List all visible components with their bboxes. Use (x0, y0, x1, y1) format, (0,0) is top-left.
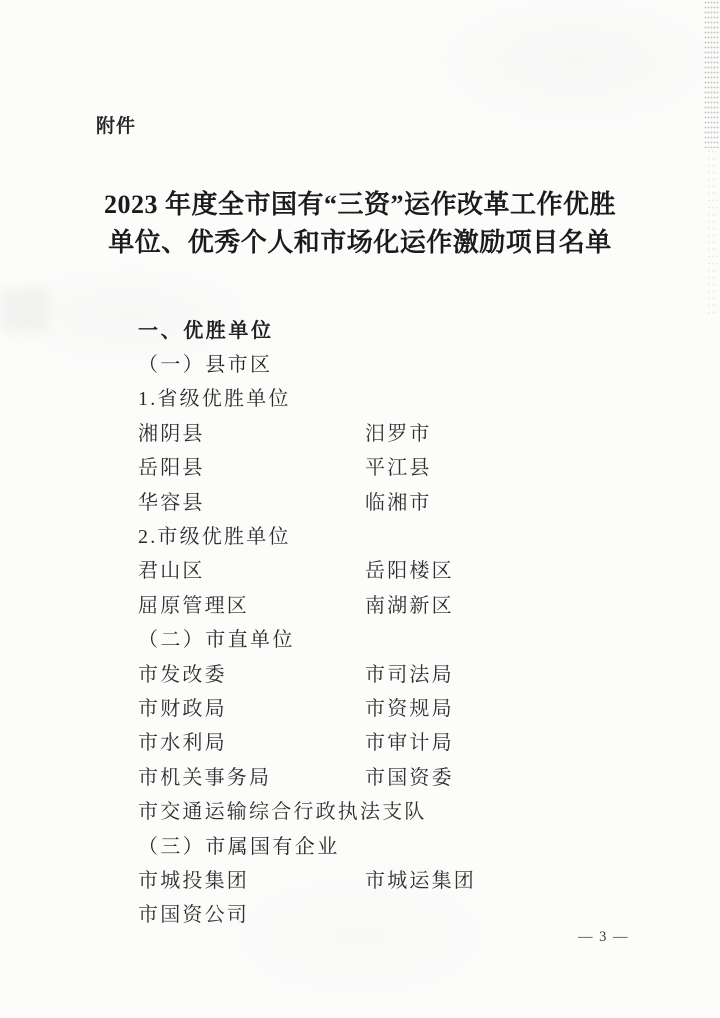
row-col1-text: 市交通运输综合行政执法支队 (138, 795, 427, 824)
subsection-heading: （二）市直单位 (138, 621, 608, 655)
row-col1-text: 市机关事务局 (138, 761, 271, 790)
scan-edge-noise (707, 148, 717, 318)
document-title: 2023 年度全市国有“三资”运作改革工作优胜 单位、优秀个人和市场化运作激励项… (50, 186, 670, 262)
section-heading: 一、优胜单位 (138, 311, 608, 345)
page-number: — 3 — (578, 929, 629, 946)
list-row: 市城投集团市城运集团 (138, 861, 608, 895)
list-row: 华容县临湘市 (138, 483, 608, 517)
row-text: （一）县市区 (138, 348, 272, 377)
row-col1-text: 市财政局 (138, 692, 227, 721)
row-col1-text: 岳阳县 (138, 451, 205, 480)
list-row: 岳阳县平江县 (138, 449, 608, 483)
attachment-label: 附件 (96, 111, 136, 138)
row-col2-text: 临湘市 (365, 486, 432, 515)
row-col2-text: 市城运集团 (365, 864, 476, 893)
list-row: 屈原管理区南湖新区 (138, 586, 608, 620)
scanned-document-page: 附件 2023 年度全市国有“三资”运作改革工作优胜 单位、优秀个人和市场化运作… (0, 0, 720, 1018)
row-col2-text: 平江县 (365, 451, 432, 480)
row-col1-text: 市城投集团 (138, 864, 249, 893)
row-col1-text: 君山区 (138, 554, 205, 583)
row-col2-text: 南湖新区 (365, 589, 454, 618)
row-col2-text: 汨罗市 (365, 417, 432, 446)
sub-subheading: 2.市级优胜单位 (138, 517, 608, 551)
row-col1-text: 屈原管理区 (138, 589, 249, 618)
list-row: 市发改委市司法局 (138, 655, 608, 689)
row-text: （二）市直单位 (138, 623, 295, 652)
row-col2-text: 市审计局 (365, 726, 454, 755)
row-col1-text: 湘阴县 (138, 417, 205, 446)
row-col2-text: 市资规局 (365, 692, 454, 721)
row-col2-text: 市司法局 (365, 658, 454, 687)
row-col1-text: 市水利局 (138, 726, 227, 755)
list-row: 市国资公司 (138, 896, 608, 930)
list-row: 湘阴县汨罗市 (138, 414, 608, 448)
row-col1-text: 华容县 (138, 486, 205, 515)
list-row: 市机关事务局市国资委 (138, 758, 608, 792)
row-col1-text: 市发改委 (138, 658, 227, 687)
document-body: 一、优胜单位 （一）县市区 1.省级优胜单位 湘阴县汨罗市 岳阳县平江县 华容县… (138, 311, 608, 930)
subsection-heading: （三）市属国有企业 (138, 827, 608, 861)
row-text: 1.省级优胜单位 (138, 382, 291, 411)
document-title-line-2: 单位、优秀个人和市场化运作激励项目名单 (50, 224, 670, 262)
list-row: 市交通运输综合行政执法支队 (138, 792, 608, 826)
sub-subheading: 1.省级优胜单位 (138, 380, 608, 414)
row-text: （三）市属国有企业 (138, 830, 340, 859)
scan-edge-noise (704, 0, 719, 148)
row-col1-text: 市国资公司 (138, 898, 249, 927)
list-row: 市财政局市资规局 (138, 689, 608, 723)
list-row: 君山区岳阳楼区 (138, 552, 608, 586)
list-row: 市水利局市审计局 (138, 724, 608, 758)
document-title-line-1: 2023 年度全市国有“三资”运作改革工作优胜 (50, 186, 670, 224)
row-col2-text: 岳阳楼区 (365, 554, 454, 583)
subsection-heading: （一）县市区 (138, 345, 608, 379)
row-col2-text: 市国资委 (365, 761, 454, 790)
row-text: 2.市级优胜单位 (138, 520, 291, 549)
scan-smudge (0, 288, 48, 332)
row-text: 一、优胜单位 (138, 314, 274, 343)
